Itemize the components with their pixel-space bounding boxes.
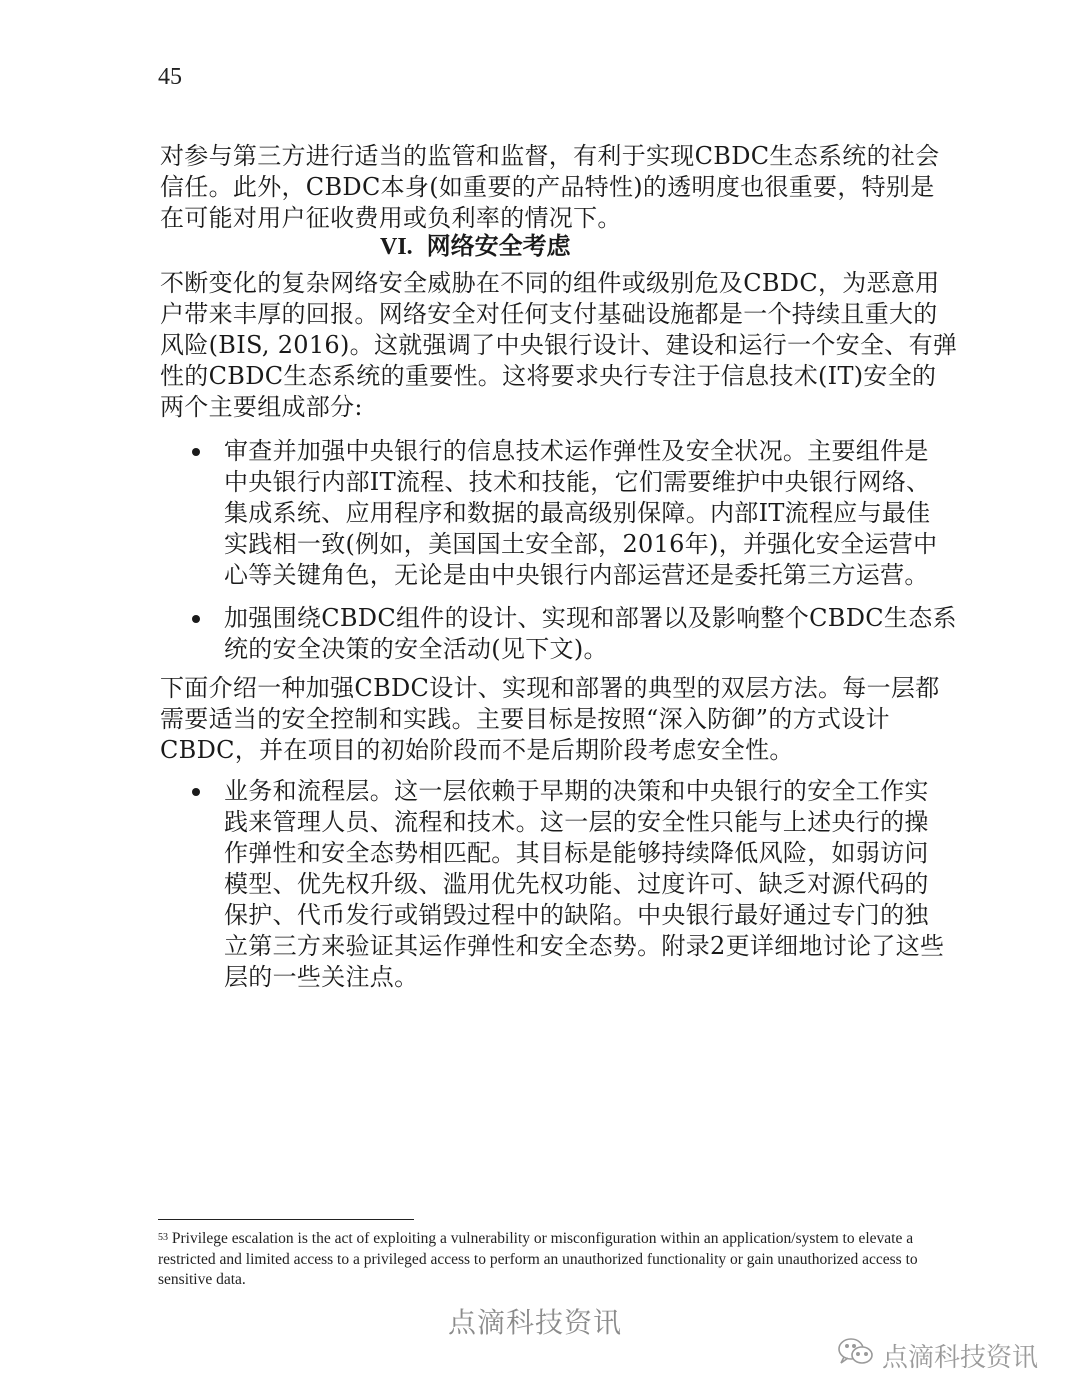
list-item: 业务和流程层。这一层依赖于早期的决策和中央银行的安全工作实 践来管理人员、流程和… (190, 776, 955, 993)
wechat-account-name: 点滴科技资讯 (882, 1337, 1038, 1374)
text-line: 践来管理人员、流程和技术。这一层的安全性只能与上述央行的操 (224, 807, 955, 838)
brand-watermark: 点滴科技资讯 (448, 1301, 622, 1341)
text-line: 立第三方来验证其运作弹性和安全态势。附录2更详细地讨论了这些 (224, 931, 955, 962)
text-line: 集成系统、应用程序和数据的最高级别保障。内部IT流程应与最佳 (224, 498, 955, 529)
intro-paragraph: 对参与第三方进行适当的监管和监督，有利于实现CBDC生态系统的社会 信任。此外，… (160, 141, 955, 234)
text-line: 统的安全决策的安全活动(见下文)。 (224, 634, 955, 665)
bullet-list-layers: 业务和流程层。这一层依赖于早期的决策和中央银行的安全工作实 践来管理人员、流程和… (190, 776, 955, 993)
text-line: 模型、优先权升级、滥用优先权功能、过度许可、缺乏对源代码的 (224, 869, 955, 900)
text-line: 加强围绕CBDC组件的设计、实现和部署以及影响整个CBDC生态系 (224, 603, 955, 634)
text-line: CBDC，并在项目的初始阶段而不是后期阶段考虑安全性。 (160, 735, 955, 766)
text-line: 保护、代币发行或销毁过程中的缺陷。中央银行最好通过专门的独 (224, 900, 955, 931)
paragraph-threats: 不断变化的复杂网络安全威胁在不同的组件或级别危及CBDC，为恶意用 户带来丰厚的… (160, 268, 955, 423)
section-title: 网络安全考虑 (427, 231, 571, 260)
list-item: 加强围绕CBDC组件的设计、实现和部署以及影响整个CBDC生态系 统的安全决策的… (190, 603, 955, 665)
text-line: 心等关键角色，无论是由中央银行内部运营还是委托第三方运营。 (224, 560, 955, 591)
text-line: 需要适当的安全控制和实践。主要目标是按照“深入防御”的方式设计 (160, 704, 955, 735)
section-heading: VI.网络安全考虑 (380, 230, 571, 263)
text-line: 业务和流程层。这一层依赖于早期的决策和中央银行的安全工作实 (224, 776, 955, 807)
text-line: 两个主要组成部分: (160, 392, 955, 423)
paragraph-two-layer: 下面介绍一种加强CBDC设计、实现和部署的典型的双层方法。每一层都 需要适当的安… (160, 673, 955, 766)
wechat-icon (836, 1336, 876, 1375)
section-number: VI. (380, 234, 413, 260)
text-line: 层的一些关注点。 (224, 962, 955, 993)
text-line: 审查并加强中央银行的信息技术运作弹性及安全状况。主要组件是 (224, 436, 955, 467)
text-line: 实践相一致(例如，美国国土安全部，2016年)，并强化安全运营中 (224, 529, 955, 560)
footnote-text: Privilege escalation is the act of explo… (158, 1230, 918, 1288)
text-line: 中央银行内部IT流程、技术和技能，它们需要维护中央银行网络、 (224, 467, 955, 498)
bullet-icon (192, 448, 200, 456)
bullet-icon (192, 615, 200, 623)
wechat-badge: 点滴科技资讯 (836, 1336, 1038, 1375)
text-line: 信任。此外，CBDC本身(如重要的产品特性)的透明度也很重要，特别是 (160, 172, 955, 203)
text-line: 下面介绍一种加强CBDC设计、实现和部署的典型的双层方法。每一层都 (160, 673, 955, 704)
page-number: 45 (158, 64, 182, 91)
bullet-list-it-security: 审查并加强中央银行的信息技术运作弹性及安全状况。主要组件是 中央银行内部IT流程… (190, 436, 955, 665)
footnote-marker: 53 (158, 1232, 168, 1243)
bullet-icon (192, 788, 200, 796)
text-line: 风险(BIS, 2016)。这就强调了中央银行设计、建设和运行一个安全、有弹 (160, 330, 955, 361)
text-line: 不断变化的复杂网络安全威胁在不同的组件或级别危及CBDC，为恶意用 (160, 268, 955, 299)
list-item: 审查并加强中央银行的信息技术运作弹性及安全状况。主要组件是 中央银行内部IT流程… (190, 436, 955, 591)
text-line: 对参与第三方进行适当的监管和监督，有利于实现CBDC生态系统的社会 (160, 141, 955, 172)
footnote-divider (158, 1219, 414, 1220)
text-line: 性的CBDC生态系统的重要性。这将要求央行专注于信息技术(IT)安全的 (160, 361, 955, 392)
text-line: 作弹性和安全态势相匹配。其目标是能够持续降低风险，如弱访问 (224, 838, 955, 869)
text-line: 户带来丰厚的回报。网络安全对任何支付基础设施都是一个持续且重大的 (160, 299, 955, 330)
footnote: 53 Privilege escalation is the act of ex… (158, 1229, 958, 1291)
